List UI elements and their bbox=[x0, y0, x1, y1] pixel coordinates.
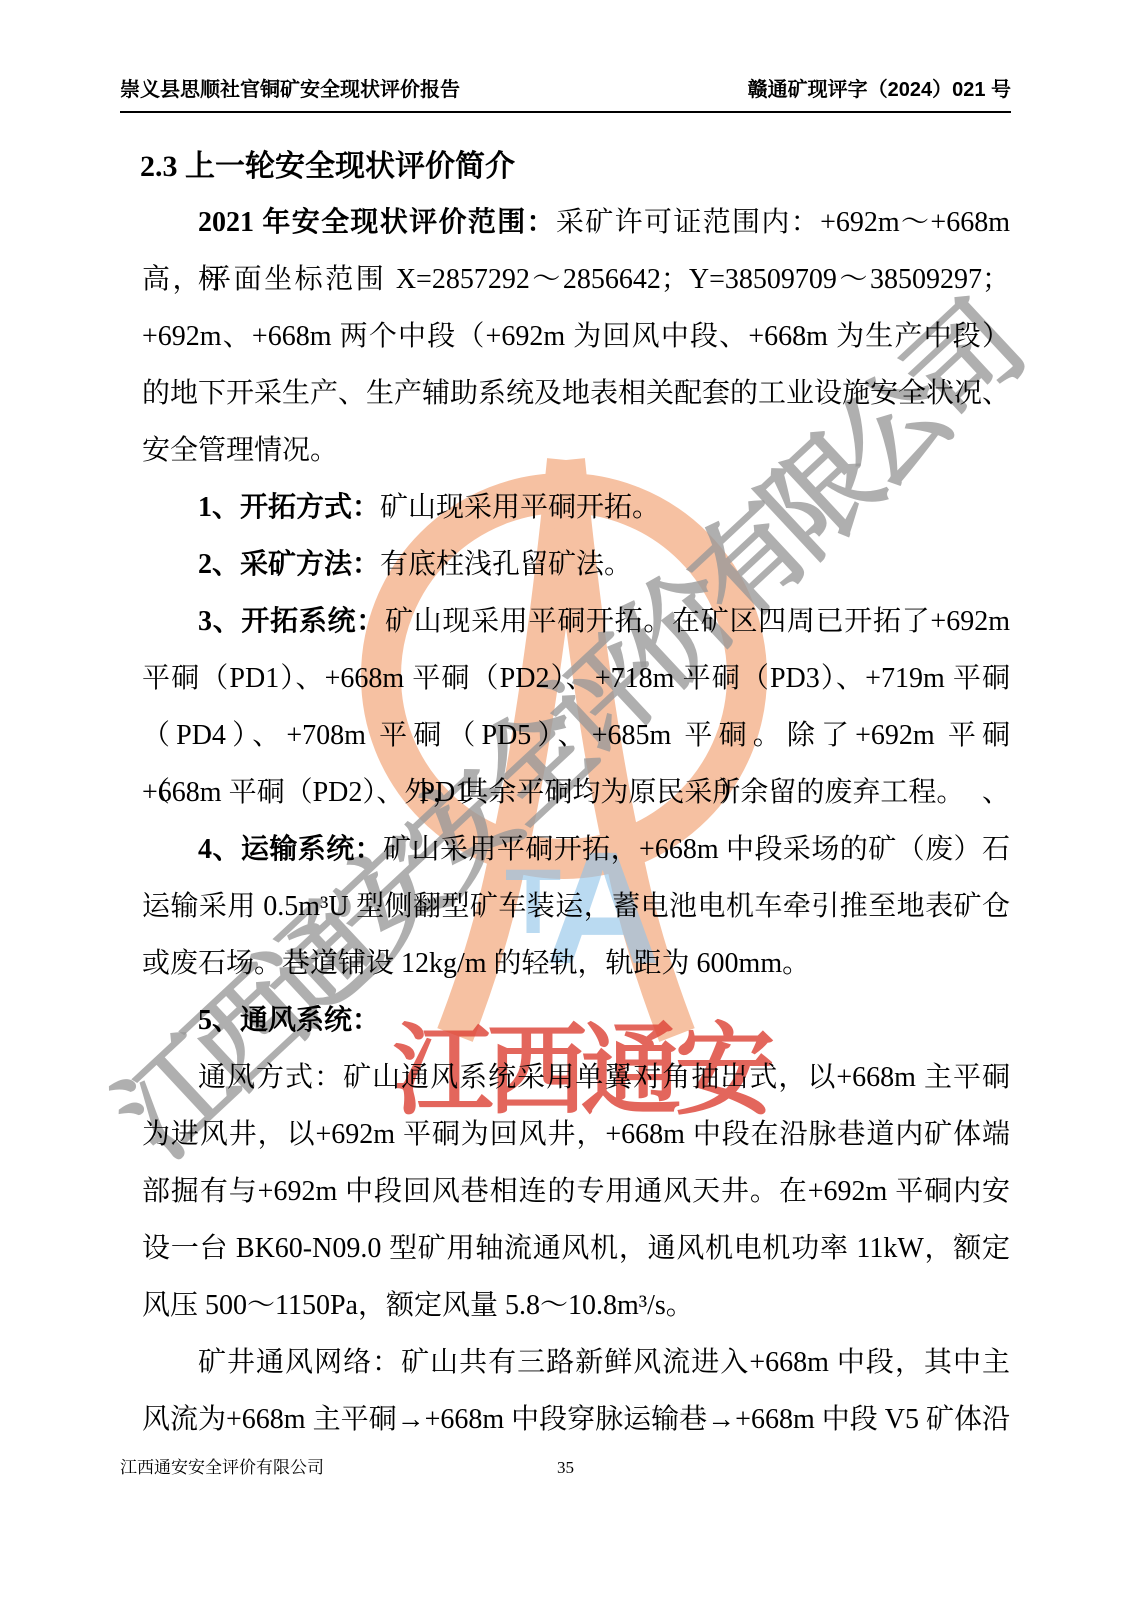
header-report-title: 崇义县思顺社官铜矿安全现状评价报告 bbox=[120, 78, 460, 102]
text-line: 安全管理情况。 bbox=[142, 422, 1010, 479]
text-line: 2021 年安全现状评价范围：采矿许可证范围内：+692m～+668m 标 bbox=[142, 194, 1010, 251]
page-header: 崇义县思顺社官铜矿安全现状评价报告 赣通矿现评字（2024）021 号 bbox=[120, 78, 1011, 113]
text-segment: 有底柱浅孔留矿法。 bbox=[380, 549, 632, 580]
text-line: +692m、+668m 两个中段（+692m 为回风中段、+668m 为生产中段… bbox=[142, 308, 1010, 365]
text-line: 运输采用 0.5m³U 型侧翻型矿车装运，蓄电池电机车牵引推至地表矿仓 bbox=[142, 878, 1010, 935]
text-segment-bold: 5、通风系统： bbox=[198, 1005, 380, 1036]
text-segment: 通风方式：矿山通风系统采用单翼对角抽出式，以+668m 主平硐 bbox=[198, 1062, 1010, 1093]
text-line: 1、开拓方式：矿山现采用平硐开拓。 bbox=[142, 479, 1010, 536]
text-line: 部掘有与+692m 中段回风巷相连的专用通风天井。在+692m 平硐内安 bbox=[142, 1163, 1010, 1220]
text-line: 平硐（PD1）、+668m 平硐（PD2）、+718m 平硐（PD3）、+719… bbox=[142, 650, 1010, 707]
text-line: 或废石场。巷道铺设 12kg/m 的轻轨，轨距为 600mm。 bbox=[142, 935, 1010, 992]
document-content: 崇义县思顺社官铜矿安全现状评价报告 赣通矿现评字（2024）021 号 2.3 … bbox=[0, 0, 1131, 1600]
text-line: 通风方式：矿山通风系统采用单翼对角抽出式，以+668m 主平硐 bbox=[142, 1049, 1010, 1106]
text-segment: 运输采用 0.5m³U 型侧翻型矿车装运，蓄电池电机车牵引推至地表矿仓 bbox=[142, 891, 1010, 922]
text-line: 风流为+668m 主平硐→+668m 中段穿脉运输巷→+668m 中段 V5 矿… bbox=[142, 1391, 1010, 1448]
text-segment: 高，平面坐标范围 X=2857292～2856642；Y=38509709～38… bbox=[142, 264, 1010, 295]
document-page: 江西通安安全评价有限公司 T A 江西通安 崇义县思顺社官铜矿安全现状评价报告 … bbox=[0, 0, 1131, 1600]
text-segment: 安全管理情况。 bbox=[142, 435, 338, 466]
text-segment-bold: 2021 年安全现状评价范围： bbox=[198, 207, 556, 238]
text-segment: 或废石场。巷道铺设 12kg/m 的轻轨，轨距为 600mm。 bbox=[142, 948, 810, 979]
text-segment: +668m 平硐（PD2）、外，其余平硐均为原民采所余留的废弃工程。 bbox=[142, 777, 964, 808]
text-segment: 风流为+668m 主平硐→+668m 中段穿脉运输巷→+668m 中段 V5 矿… bbox=[142, 1404, 1010, 1435]
text-segment: 设一台 BK60-N09.0 型矿用轴流通风机，通风机电机功率 11kW，额定 bbox=[142, 1233, 1010, 1264]
text-line: 为进风井，以+692m 平硐为回风井，+668m 中段在沿脉巷道内矿体端 bbox=[142, 1106, 1010, 1163]
document-body: 2021 年安全现状评价范围：采矿许可证范围内：+692m～+668m 标高，平… bbox=[142, 194, 1010, 1448]
text-segment: +692m、+668m 两个中段（+692m 为回风中段、+668m 为生产中段… bbox=[142, 321, 1010, 352]
text-line: 高，平面坐标范围 X=2857292～2856642；Y=38509709～38… bbox=[142, 251, 1010, 308]
section-title: 2.3 上一轮安全现状评价简介 bbox=[140, 146, 515, 188]
text-segment: 平硐（PD1）、+668m 平硐（PD2）、+718m 平硐（PD3）、+719… bbox=[142, 663, 1010, 694]
text-segment: 为进风井，以+692m 平硐为回风井，+668m 中段在沿脉巷道内矿体端 bbox=[142, 1119, 1010, 1150]
footer-company-name: 江西通安安全评价有限公司 bbox=[120, 1458, 324, 1478]
text-segment-bold: 4、运输系统： bbox=[198, 834, 383, 865]
text-line: 的地下开采生产、生产辅助系统及地表相关配套的工业设施安全状况、 bbox=[142, 365, 1010, 422]
text-segment: 矿山现采用平硐开拓。在矿区四周已开拓了+692m bbox=[385, 606, 1010, 637]
text-segment: 矿山现采用平硐开拓。 bbox=[380, 492, 660, 523]
text-line: 2、采矿方法：有底柱浅孔留矿法。 bbox=[142, 536, 1010, 593]
text-line: 3、开拓系统：矿山现采用平硐开拓。在矿区四周已开拓了+692m bbox=[142, 593, 1010, 650]
text-segment: 的地下开采生产、生产辅助系统及地表相关配套的工业设施安全状况、 bbox=[142, 378, 1010, 409]
text-segment: 矿井通风网络：矿山共有三路新鲜风流进入+668m 中段，其中主 bbox=[198, 1347, 1010, 1378]
header-document-number: 赣通矿现评字（2024）021 号 bbox=[748, 78, 1011, 102]
text-segment-bold: 1、开拓方式： bbox=[198, 492, 380, 523]
text-segment: 部掘有与+692m 中段回风巷相连的专用通风天井。在+692m 平硐内安 bbox=[142, 1176, 1010, 1207]
text-line: 设一台 BK60-N09.0 型矿用轴流通风机，通风机电机功率 11kW，额定 bbox=[142, 1220, 1010, 1277]
text-line: （PD4）、+708m 平硐（PD5）、+685m 平硐。除了+692m 平硐（… bbox=[142, 707, 1010, 764]
text-line: 4、运输系统：矿山采用平硐开拓，+668m 中段采场的矿（废）石 bbox=[142, 821, 1010, 878]
text-line: 矿井通风网络：矿山共有三路新鲜风流进入+668m 中段，其中主 bbox=[142, 1334, 1010, 1391]
text-segment: 矿山采用平硐开拓，+668m 中段采场的矿（废）石 bbox=[383, 834, 1010, 865]
text-segment-bold: 2、采矿方法： bbox=[198, 549, 380, 580]
text-segment: 风压 500～1150Pa，额定风量 5.8～10.8m³/s。 bbox=[142, 1290, 694, 1321]
text-line: 风压 500～1150Pa，额定风量 5.8～10.8m³/s。 bbox=[142, 1277, 1010, 1334]
text-segment-bold: 3、开拓系统： bbox=[198, 606, 385, 637]
text-line: +668m 平硐（PD2）、外，其余平硐均为原民采所余留的废弃工程。 bbox=[142, 764, 1010, 821]
text-line: 5、通风系统： bbox=[142, 992, 1010, 1049]
